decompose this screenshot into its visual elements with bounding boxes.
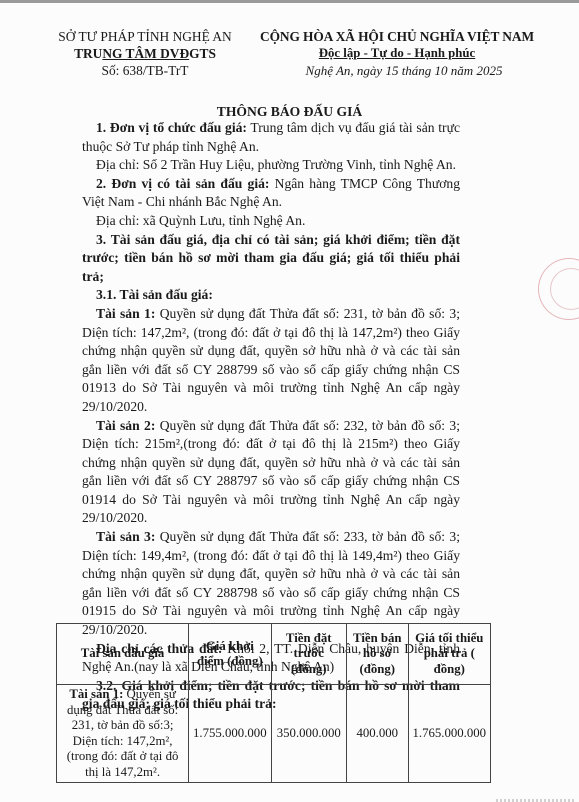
asset-1: Tài sản 1: Quyền sử dụng đất Thửa đất số… — [82, 305, 460, 417]
cell-dossier-fee: 400.000 — [346, 685, 408, 783]
issuer-agency: SỞ TƯ PHÁP TỈNH NGHỆ AN — [50, 28, 240, 45]
pricing-table: Tài sản đấu giá Giá khởi điểm (đồng) Tiề… — [56, 623, 491, 783]
section-3-1-heading: 3.1. Tài sản đấu giá: — [82, 286, 460, 305]
cell-asset: Tài sản 1: Quyền sử dụng đất Thửa đất số… — [57, 685, 189, 783]
section-2: 2. Đơn vị có tài sản đấu giá: Ngân hàng … — [82, 175, 460, 212]
section-1-address: Địa chỉ: Số 2 Trần Huy Liệu, phường Trườ… — [82, 156, 460, 175]
section-1: 1. Đơn vị tổ chức đấu giá: Trung tâm dịc… — [82, 119, 460, 156]
col-header-minimum-price: Giá tối thiểu phải trả ( đồng) — [408, 624, 490, 685]
col-header-deposit: Tiền đặt trước (đồng) — [271, 624, 346, 685]
cell-deposit: 350.000.000 — [271, 685, 346, 783]
national-motto: Độc lập - Tự do - Hạnh phúc — [252, 45, 542, 62]
cell-starting-price: 1.755.000.000 — [189, 685, 271, 783]
document-title: THÔNG BÁO ĐẤU GIÁ — [0, 104, 579, 120]
national-header: CỘNG HÒA XÃ HỘI CHỦ NGHĨA VIỆT NAM Độc l… — [252, 28, 542, 79]
asset-2: Tài sản 2: Quyền sử dụng đất Thửa đất số… — [82, 417, 460, 529]
table-row: Tài sản 1: Quyền sử dụng đất Thửa đất số… — [57, 685, 491, 783]
document-number: Số: 638/TB-TrT — [50, 62, 240, 79]
col-header-starting-price: Giá khởi điểm (đồng) — [189, 624, 271, 685]
nation-name: CỘNG HÒA XÃ HỘI CHỦ NGHĨA VIỆT NAM — [252, 28, 542, 45]
col-header-asset: Tài sản đấu giá — [57, 624, 189, 685]
table-header-row: Tài sản đấu giá Giá khởi điểm (đồng) Tiề… — [57, 624, 491, 685]
section-3-heading: 3. Tài sản đấu giá, địa chỉ có tài sản; … — [82, 231, 460, 287]
place-date: Nghệ An, ngày 15 tháng 10 năm 2025 — [252, 62, 542, 79]
issuer-center: TRUNG TÂM DVĐGTS — [50, 45, 240, 62]
col-header-dossier-fee: Tiền bán hồ sơ (đồng) — [346, 624, 408, 685]
section-2-address: Địa chỉ: xã Quỳnh Lưu, tỉnh Nghệ An. — [82, 212, 460, 231]
issuer-header: SỞ TƯ PHÁP TỈNH NGHỆ AN TRUNG TÂM DVĐGTS… — [50, 28, 240, 79]
cell-minimum-price: 1.765.000.000 — [408, 685, 490, 783]
